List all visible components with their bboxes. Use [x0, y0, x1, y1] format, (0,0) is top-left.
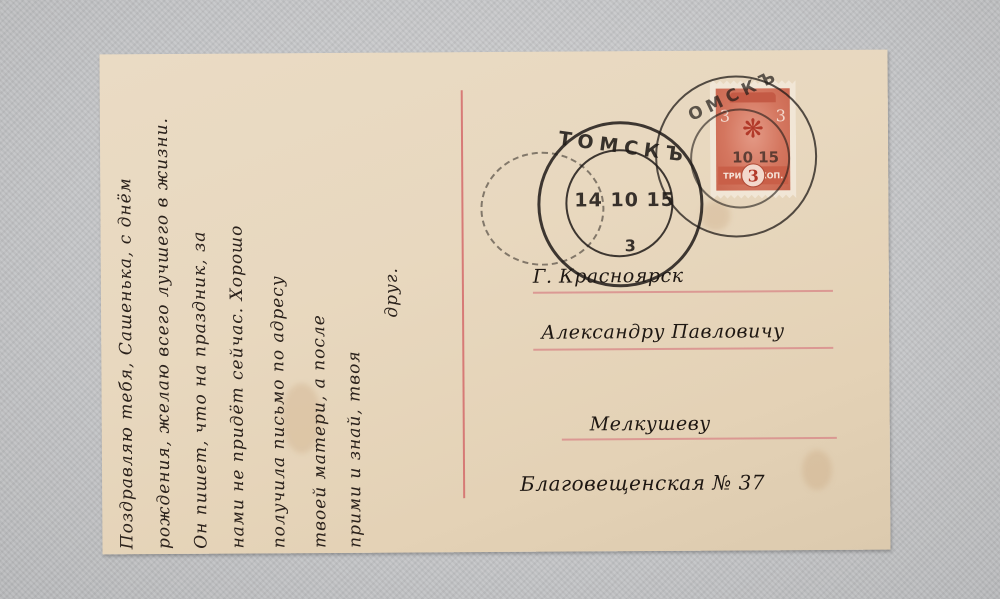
- message-line: твоей матери, а после: [309, 314, 330, 548]
- postmark-letter: 3: [625, 236, 636, 255]
- postmark-date: 10 15: [732, 148, 779, 166]
- message-line: Поздравляю тебя, Сашенька, с днём: [115, 177, 137, 549]
- divider-line: [461, 90, 465, 498]
- address-rule: [533, 347, 833, 350]
- address-rule: [533, 290, 833, 293]
- message-line: Он пишет, что на праздник, за: [190, 231, 212, 549]
- message-line: друг.: [382, 267, 402, 318]
- stain: [802, 450, 832, 490]
- address-line-street: Благовещенская № 37: [520, 470, 765, 495]
- message-line: получила письмо по адресу: [268, 275, 290, 548]
- message-line: нами не придёт сейчас. Хорошо: [227, 225, 249, 549]
- address-line-name: Александру Павловичу: [541, 320, 785, 343]
- handwritten-message: Поздравляю тебя, Сашенька, с днём рожден…: [115, 77, 418, 549]
- address-rule: [562, 437, 837, 440]
- postmark-date: 14 10 15: [574, 189, 675, 212]
- message-line: рождения, желаю всего лучшего в жизни.: [152, 117, 175, 549]
- message-line: прими и знай, твоя: [344, 350, 365, 548]
- postcard: Поздравляю тебя, Сашенька, с днём рожден…: [99, 50, 890, 555]
- address-line-surname: Мелкушеву: [590, 413, 711, 436]
